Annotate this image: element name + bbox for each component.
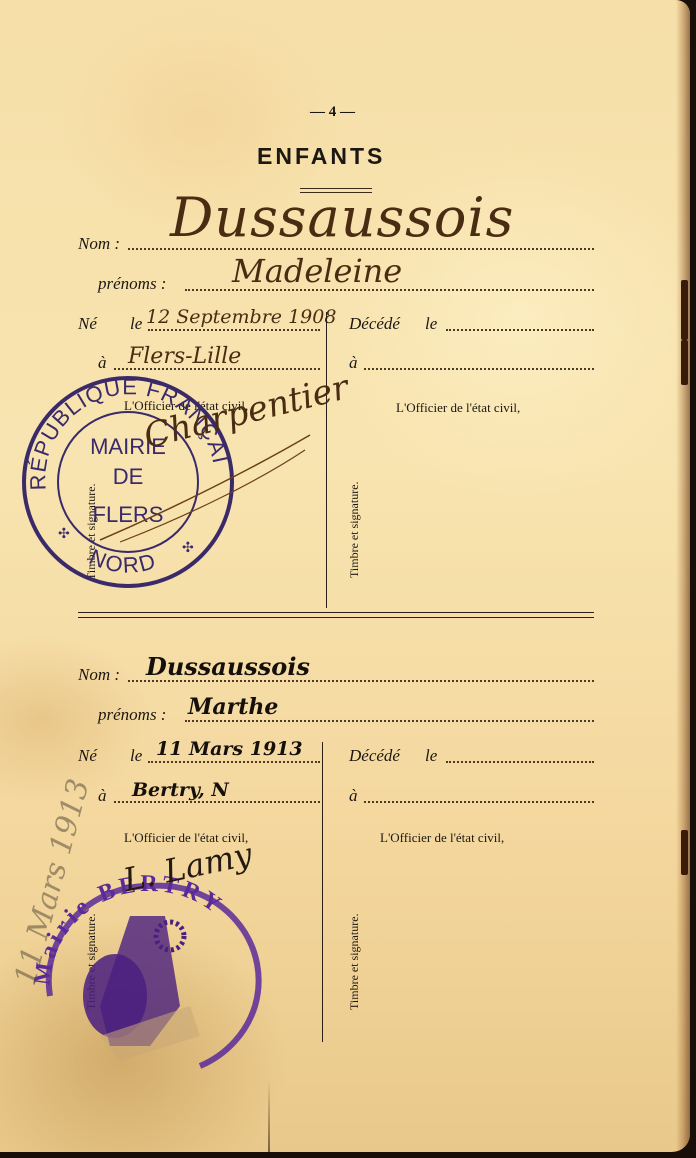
entry2-ne-le: 11 Mars 1913 xyxy=(156,738,303,760)
page-fold xyxy=(268,1080,270,1152)
nom-label: Nom : xyxy=(78,665,120,685)
nom-label: Nom : xyxy=(78,234,120,254)
le-label: le xyxy=(425,746,437,766)
le-label: le xyxy=(130,314,142,334)
binding-mark xyxy=(681,340,688,385)
entry2-ne-a: Bertry, N xyxy=(132,779,229,801)
entry1-ne-le: 12 Septembre 1908 xyxy=(146,306,336,328)
document-page: — 4 — ENFANTS Nom : Dussaussois prénoms … xyxy=(0,0,690,1152)
entry2-stamp: Mairie BERTRY xyxy=(30,876,260,1076)
ne-le-line xyxy=(148,329,320,331)
a-label: à xyxy=(349,353,358,373)
ne-le-line xyxy=(148,761,320,763)
entry2-prenoms: Marthe xyxy=(188,694,278,720)
ne-label: Né xyxy=(78,746,97,766)
decede-label: Décédé xyxy=(349,746,400,766)
prenoms-line xyxy=(185,720,594,722)
prenoms-label: prénoms : xyxy=(98,274,166,294)
decede-label: Décédé xyxy=(349,314,400,334)
prenoms-label: prénoms : xyxy=(98,705,166,725)
page-edge xyxy=(676,0,690,1152)
ne-label: Né xyxy=(78,314,97,334)
entry-divider xyxy=(78,612,594,613)
column-divider xyxy=(322,742,323,1042)
entry-divider xyxy=(78,617,594,618)
entry2-nom: Dussaussois xyxy=(146,652,310,681)
ne-a-line xyxy=(114,801,320,803)
page-title: ENFANTS xyxy=(257,143,385,170)
page-number: — 4 — xyxy=(310,104,355,121)
a-label: à xyxy=(98,353,107,373)
binding-mark xyxy=(681,830,688,875)
decede-le-line xyxy=(446,761,594,763)
decede-a-line xyxy=(364,801,594,803)
decede-le-line xyxy=(446,329,594,331)
le-label: le xyxy=(425,314,437,334)
a-label: à xyxy=(98,786,107,806)
binding-mark xyxy=(681,280,688,340)
signature-flourish xyxy=(90,430,320,550)
le-label: le xyxy=(130,746,142,766)
decede-a-line xyxy=(364,368,594,370)
timbre-label: Timbre et signature. xyxy=(347,913,362,1010)
entry1-nom: Dussaussois xyxy=(170,186,514,249)
a-label: à xyxy=(349,786,358,806)
svg-text:✣: ✣ xyxy=(58,527,70,542)
entry1-ne-a: Flers-Lille xyxy=(128,344,241,369)
timbre-label: Timbre et signature. xyxy=(347,481,362,578)
officier-label: L'Officier de l'état civil, xyxy=(380,830,504,846)
officier-label: L'Officier de l'état civil, xyxy=(396,400,520,416)
entry1-prenoms: Madeleine xyxy=(232,252,402,290)
column-divider xyxy=(326,312,327,608)
